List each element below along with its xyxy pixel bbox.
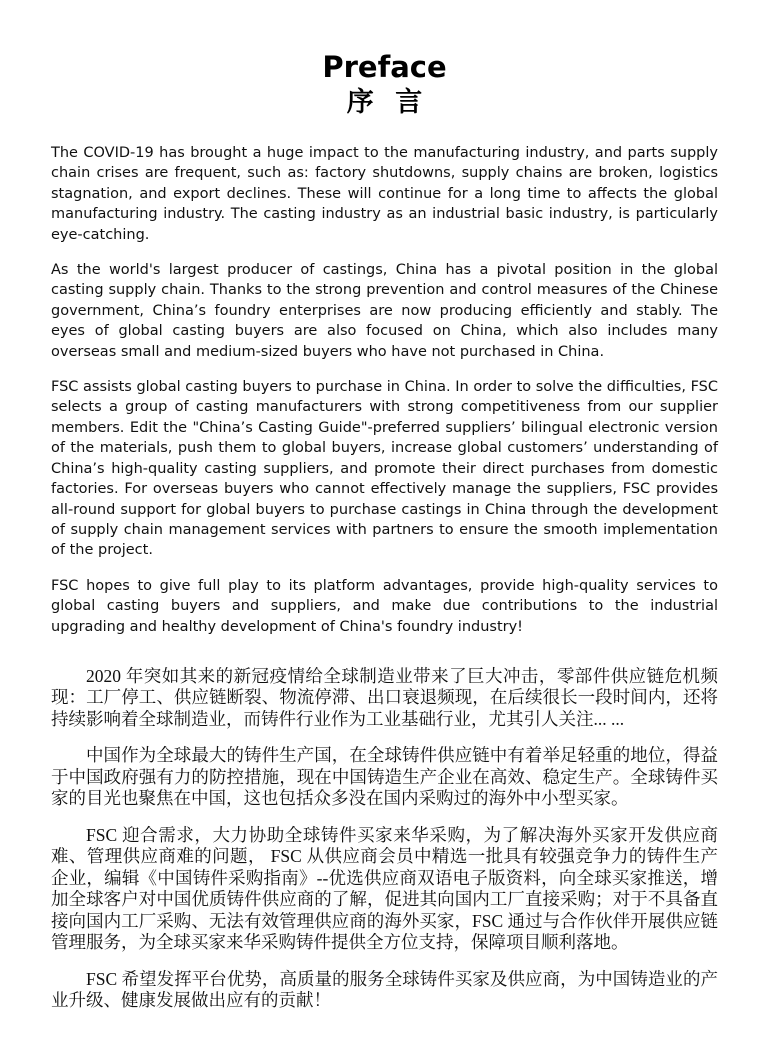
chinese-paragraph-1: 2020 年突如其来的新冠疫情给全球制造业带来了巨大冲击，零部件供应链危机频现：… — [51, 666, 718, 731]
english-paragraph-1: The COVID-19 has brought a huge impact t… — [51, 143, 718, 245]
preface-page: Preface 序 言 The COVID-19 has brought a h… — [0, 0, 768, 1042]
page-title-chinese: 序 言 — [51, 86, 718, 120]
english-section: The COVID-19 has brought a huge impact t… — [51, 143, 718, 637]
english-paragraph-4: FSC hopes to give full play to its platf… — [51, 576, 718, 637]
chinese-section: 2020 年突如其来的新冠疫情给全球制造业带来了巨大冲击，零部件供应链危机频现：… — [51, 666, 718, 1012]
english-paragraph-3: FSC assists global casting buyers to pur… — [51, 377, 718, 561]
chinese-paragraph-4: FSC 希望发挥平台优势，高质量的服务全球铸件买家及供应商，为中国铸造业的产业升… — [51, 969, 718, 1012]
chinese-paragraph-2: 中国作为全球最大的铸件生产国，在全球铸件供应链中有着举足轻重的地位，得益于中国政… — [51, 745, 718, 810]
english-paragraph-2: As the world's largest producer of casti… — [51, 260, 718, 362]
page-title: Preface — [51, 50, 718, 84]
chinese-paragraph-3: FSC 迎合需求，大力协助全球铸件买家来华采购，为了解决海外买家开发供应商难、管… — [51, 825, 718, 954]
